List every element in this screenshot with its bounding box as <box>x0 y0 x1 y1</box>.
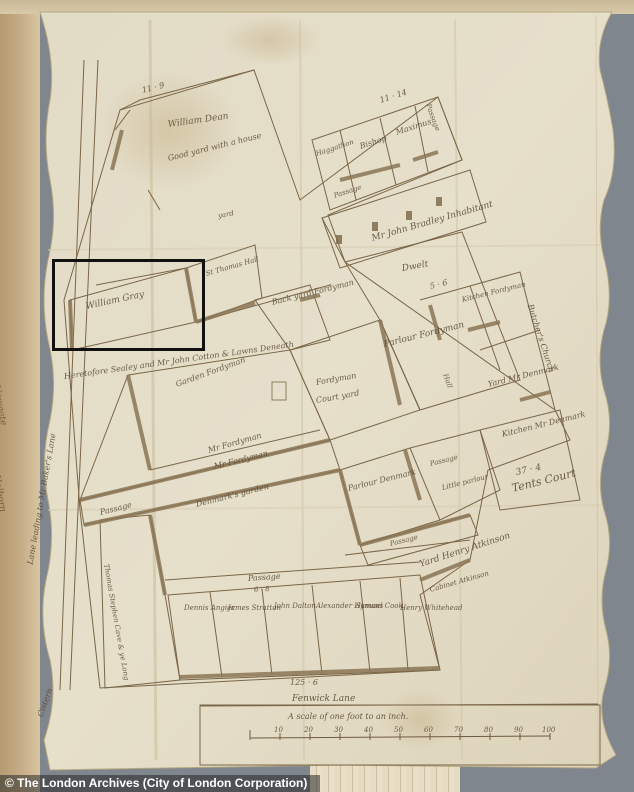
credit-banner: © The London Archives (City of London Co… <box>0 775 320 792</box>
scale-tick-10: 10 <box>274 726 283 734</box>
scale-tick-70: 70 <box>454 726 463 734</box>
label-tenant-3: John Dalton <box>274 602 316 610</box>
label-bottom-dims: 125 · 6 <box>290 678 318 687</box>
label-fenwick-lane: Fenwick Lane <box>292 694 355 704</box>
scale-tick-40: 40 <box>364 726 373 734</box>
highlight-box <box>52 259 205 351</box>
scale-tick-100: 100 <box>542 726 555 734</box>
scale-tick-50: 50 <box>394 726 403 734</box>
scale-tick-30: 30 <box>334 726 343 734</box>
label-six-ft: 6 · 8 <box>254 585 270 594</box>
label-tenant-6: Henry Whitehead <box>400 604 462 612</box>
scale-tick-20: 20 <box>304 726 313 734</box>
scale-tick-60: 60 <box>424 726 433 734</box>
scale-tick-80: 80 <box>484 726 493 734</box>
label-tenant-5: Samuel Cook <box>356 602 403 610</box>
scale-tick-90: 90 <box>514 726 523 734</box>
scale-title: A scale of one foot to an inch. <box>288 712 408 721</box>
